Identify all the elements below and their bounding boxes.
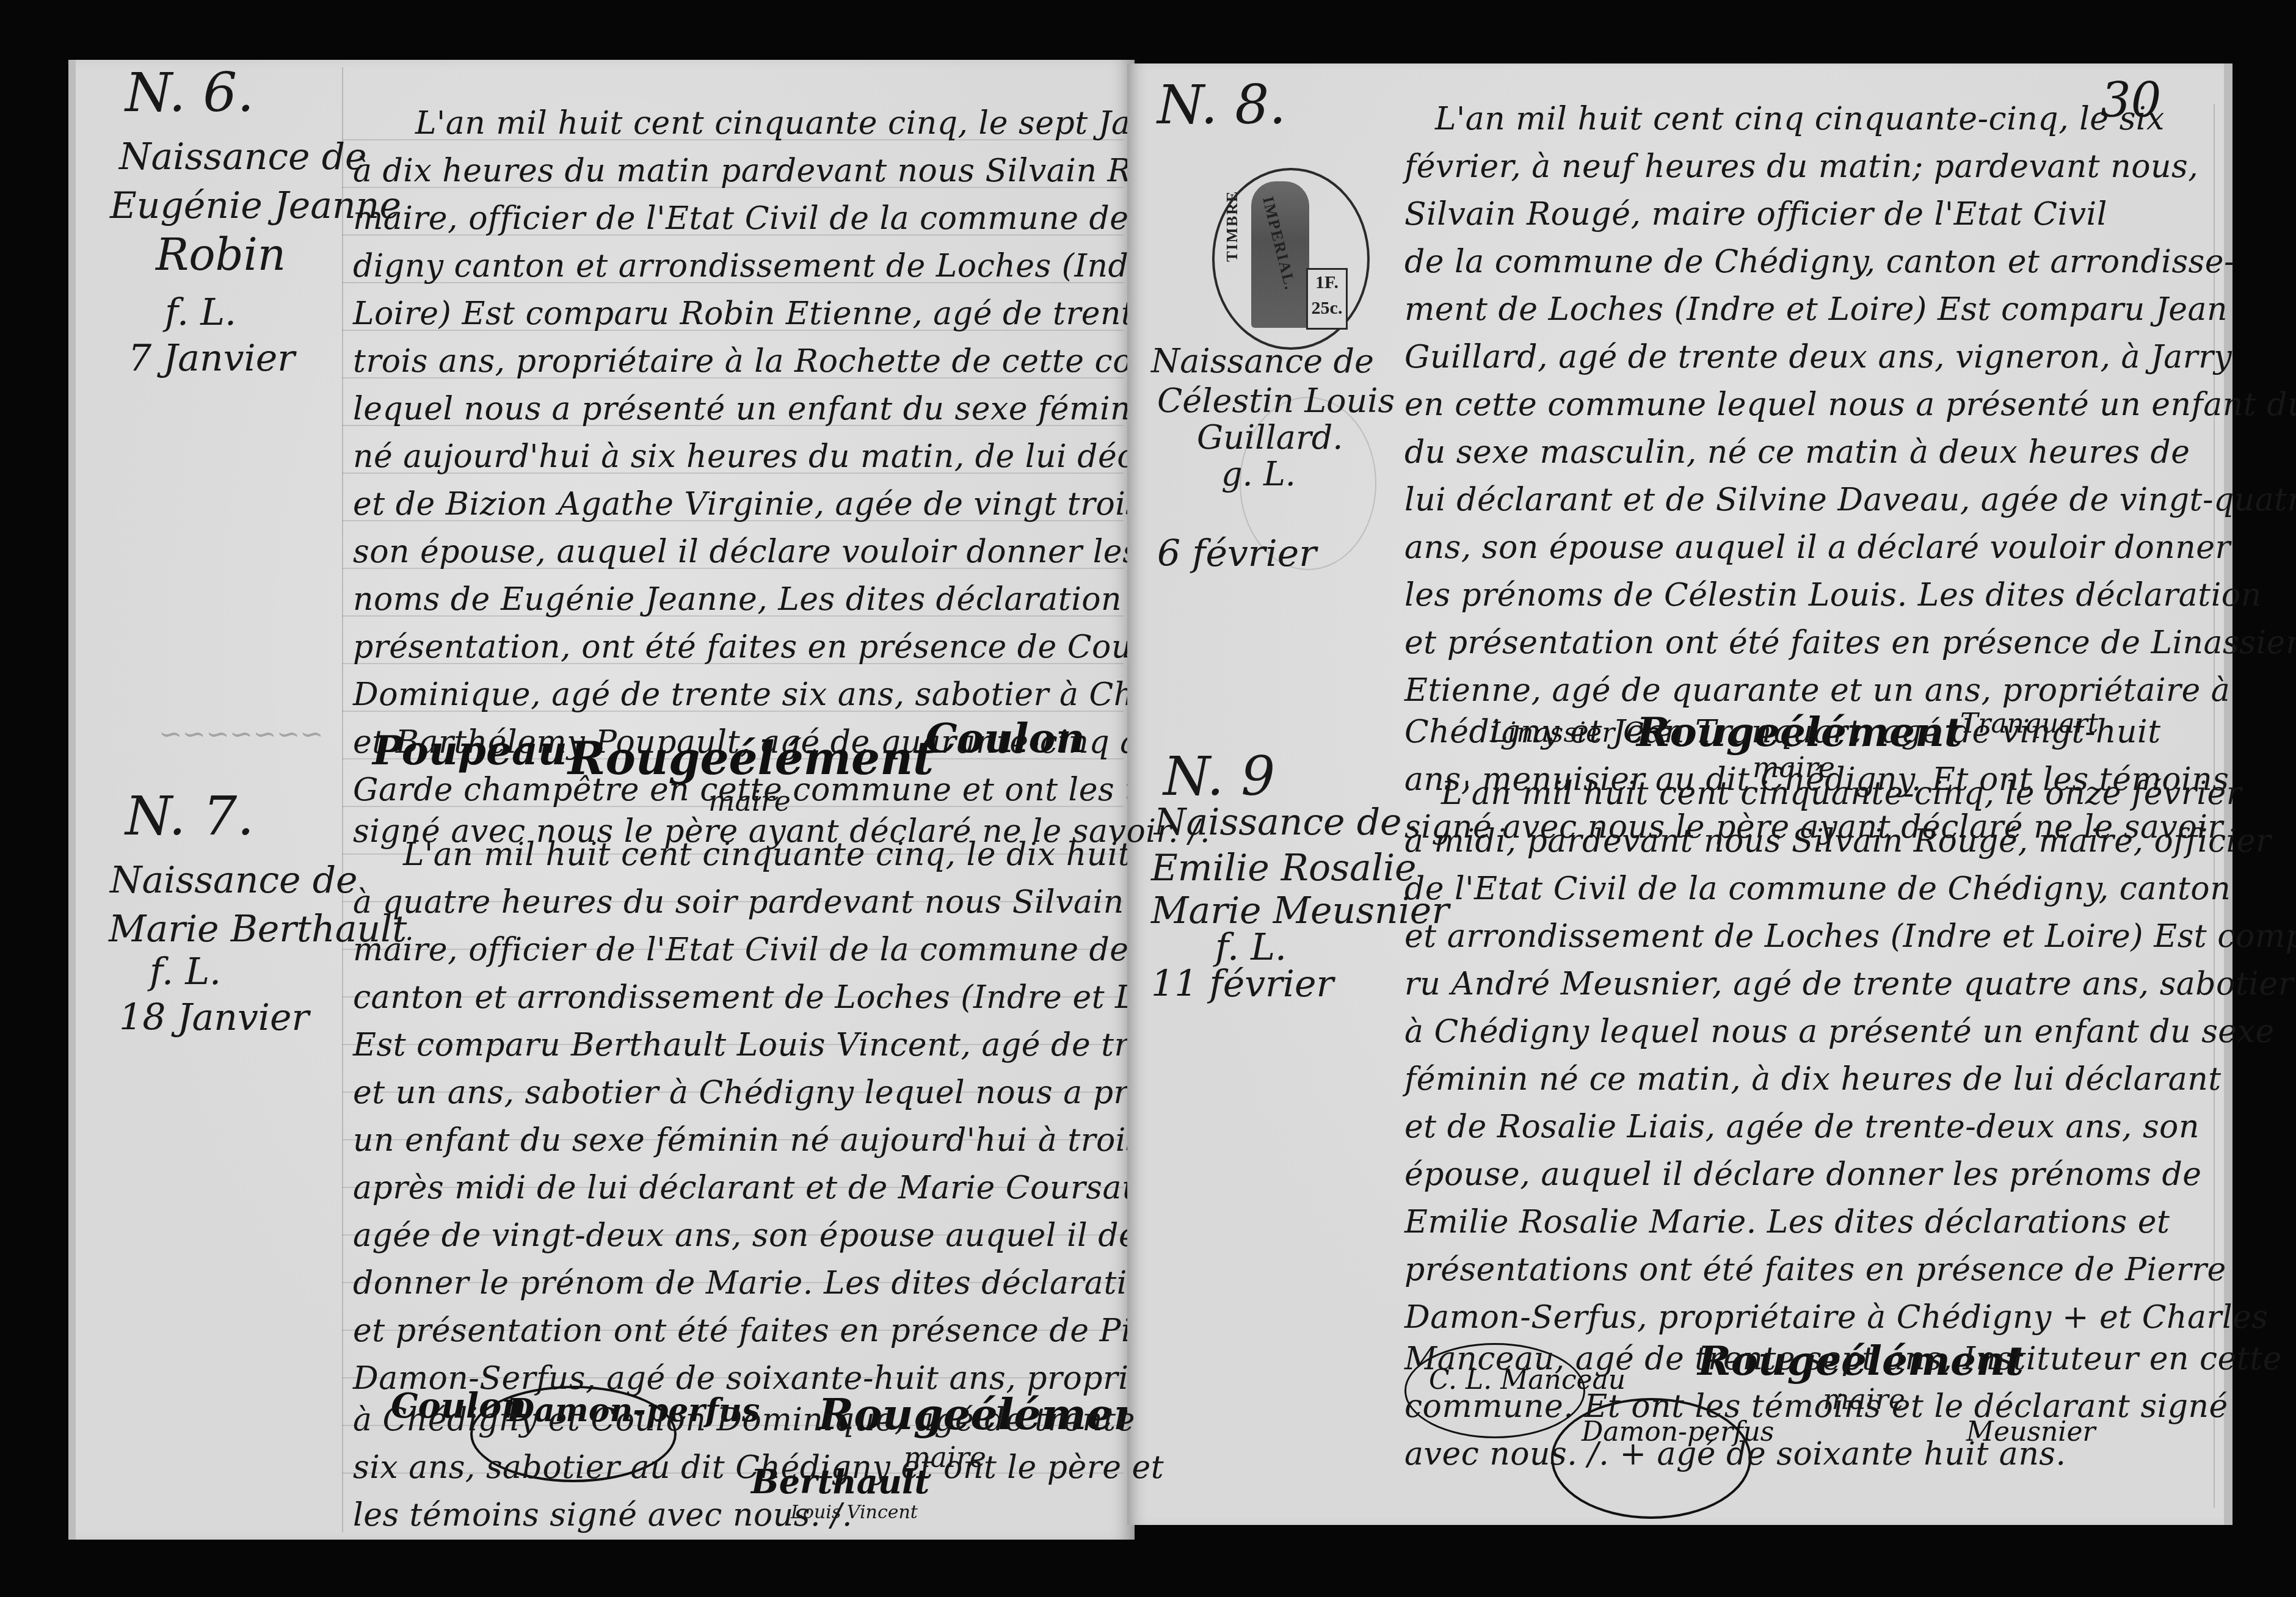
margin-surname: Guillard. (1197, 418, 1343, 457)
margin-child-name: Célestin Louis (1157, 382, 1395, 421)
act-line: digny canton et arrondissement de Loches… (353, 248, 1206, 284)
entry-number: N. 6. (125, 73, 254, 112)
entry-number: N. 8. (1157, 85, 1286, 125)
margin-rule-left (342, 67, 343, 1532)
act-line: ans, son épouse auquel il a déclaré voul… (1404, 529, 2231, 566)
act-line: à Chédigny lequel nous a présenté un enf… (1404, 1013, 2275, 1050)
act-line: donner le prénom de Marie. Les dites déc… (353, 1265, 1168, 1302)
act-line: né aujourd'hui à six heures du matin, de… (353, 438, 1233, 475)
act-line: canton et arrondissement de Loches (Indr… (353, 979, 1214, 1016)
margin-filiation: f. L. (150, 952, 221, 991)
act-line: Manceau, agé de trente sept ans, Institu… (1404, 1341, 2282, 1377)
margin-filiation: f. L. (1215, 928, 1287, 967)
act-line: présentations ont été faites en présence… (1404, 1251, 2226, 1288)
act-line: L'an mil huit cent cinq cinquante-cinq, … (1435, 101, 2165, 137)
act-line: féminin né ce matin, à dix heures de lui… (1404, 1061, 2222, 1098)
margin-child-name: Emilie Rosalie (1151, 849, 1417, 888)
stamp-value-francs: 1F. (1308, 270, 1346, 295)
act-line: trois ans, propriétaire à la Rochette de… (353, 343, 1254, 380)
act-line: et un ans, sabotier à Chédigny lequel no… (353, 1074, 1237, 1111)
stamp-left-label: TIMBRE (1223, 190, 1241, 262)
act-line: avec nous. /. + agé de soixante huit ans… (1404, 1436, 2066, 1472)
act-line: et présentation ont été faites en présen… (353, 1313, 1201, 1349)
act-line: Dominique, agé de trente six ans, saboti… (353, 676, 1244, 713)
margin-date: 7 Janvier (128, 339, 295, 378)
act-line: et présentation ont été faites en présen… (1404, 625, 2296, 661)
act-line: Etienne, agé de quarante et un ans, prop… (1404, 672, 2230, 709)
signature-witness: Coulon (925, 714, 1085, 762)
act-line: signé avec nous le père ayant déclaré ne… (1404, 809, 2223, 846)
act-line: six ans, sabotier au dit Chédigny et ont… (353, 1449, 1164, 1486)
act-line: son épouse, auquel il déclare vouloir do… (353, 534, 1216, 570)
margin-title: Naissance de (119, 137, 367, 176)
act-line: ment de Loches (Indre et Loire) Est comp… (1404, 291, 2228, 328)
act-line: en cette commune lequel nous a présenté … (1404, 386, 2296, 423)
act-line: lui déclarant et de Silvine Daveau, agée… (1404, 482, 2296, 518)
signature-mayor: Rougeélément (568, 733, 934, 785)
act-line: lequel nous a présenté un enfant du sexe… (353, 391, 1172, 427)
act-line: épouse, auquel il déclare donner les pré… (1404, 1156, 2202, 1193)
act-line: à Chédigny et Coulon Dominique, agé de t… (353, 1402, 1135, 1438)
act-line: Guillard, agé de trente deux ans, vigner… (1404, 339, 2232, 375)
act-line: noms de Eugénie Jeanne, Les dites déclar… (353, 581, 1164, 618)
entry-number: N. 9 (1163, 757, 1275, 796)
act-line: signé avec nous le père ayant déclaré ne… (353, 813, 1210, 850)
stamp-value-centimes: 25c. (1308, 295, 1346, 321)
act-line: les témoins signé avec nous. /. (353, 1497, 852, 1534)
act-line: à dix heures du matin pardevant nous Sil… (353, 153, 1212, 189)
signature-witness: Poupeau (372, 726, 567, 774)
act-line: de l'Etat Civil de la commune de Chédign… (1404, 871, 2231, 907)
margin-date: 6 février (1157, 534, 1317, 573)
margin-title: Naissance de (1151, 342, 1374, 381)
margin-filiation: f. L. (165, 293, 236, 332)
act-line: maire, officier de l'Etat Civil de la co… (353, 200, 1215, 237)
act-line: L'an mil huit cent cinquante cinq, le se… (415, 105, 1215, 142)
act-line: agée de vingt-deux ans, son épouse auque… (353, 1217, 1220, 1254)
act-line: présentation, ont été faites en présence… (353, 629, 1183, 665)
act-line: février, à neuf heures du matin; pardeva… (1404, 148, 2198, 185)
act-line: Silvain Rougé, maire officier de l'Etat … (1404, 196, 2107, 233)
margin-date: 18 Janvier (119, 998, 309, 1037)
stamp-value: 1F. 25c. (1306, 268, 1348, 330)
act-line: Emilie Rosalie Marie. Les dites déclarat… (1404, 1204, 2170, 1240)
margin-surname: Robin (156, 235, 286, 274)
imperial-tax-stamp: TIMBRE IMPERIAL. 1F. 25c. (1212, 168, 1370, 350)
act-line: Est comparu Berthault Louis Vincent, agé… (353, 1027, 1202, 1063)
margin-title: Naissance de (110, 861, 358, 900)
ink-bleed-through: ~~~~~~~ (159, 717, 324, 750)
act-line: de la commune de Chédigny, canton et arr… (1404, 244, 2235, 280)
act-line: du sexe masculin, né ce matin à deux heu… (1404, 434, 2190, 471)
margin-filiation: g. L. (1221, 455, 1296, 494)
act-line: et de Rosalie Liais, agée de trente-deux… (1404, 1109, 2200, 1145)
signature-mayor-title: maire (708, 784, 791, 817)
act-line: ru André Meusnier, agé de trente quatre … (1404, 966, 2294, 1002)
act-line: Chédigny et Jean Tranquart, agé de vingt… (1404, 714, 2161, 750)
act-line: et de Bizion Agathe Virginie, agée de vi… (353, 486, 1209, 523)
act-line: Damon-Serfus, propriétaire à Chédigny + … (1404, 1299, 2269, 1336)
entry-number: N. 7. (125, 797, 254, 836)
act-line: les prénoms de Célestin Louis. Les dites… (1404, 577, 2262, 614)
act-line: après midi de lui déclarant et de Marie … (353, 1170, 1166, 1206)
margin-date: 11 février (1151, 965, 1334, 1004)
act-line: commune. Et ont les témoins et le déclar… (1404, 1388, 2228, 1425)
act-line: et arrondissement de Loches (Indre et Lo… (1404, 918, 2296, 955)
act-line: ans, menuisier au dit Chédigny. Et ont l… (1404, 761, 2229, 798)
act-line: Loire) Est comparu Robin Etienne, agé de… (353, 295, 1153, 332)
act-line: à quatre heures du soir pardevant nous S… (353, 884, 1238, 921)
